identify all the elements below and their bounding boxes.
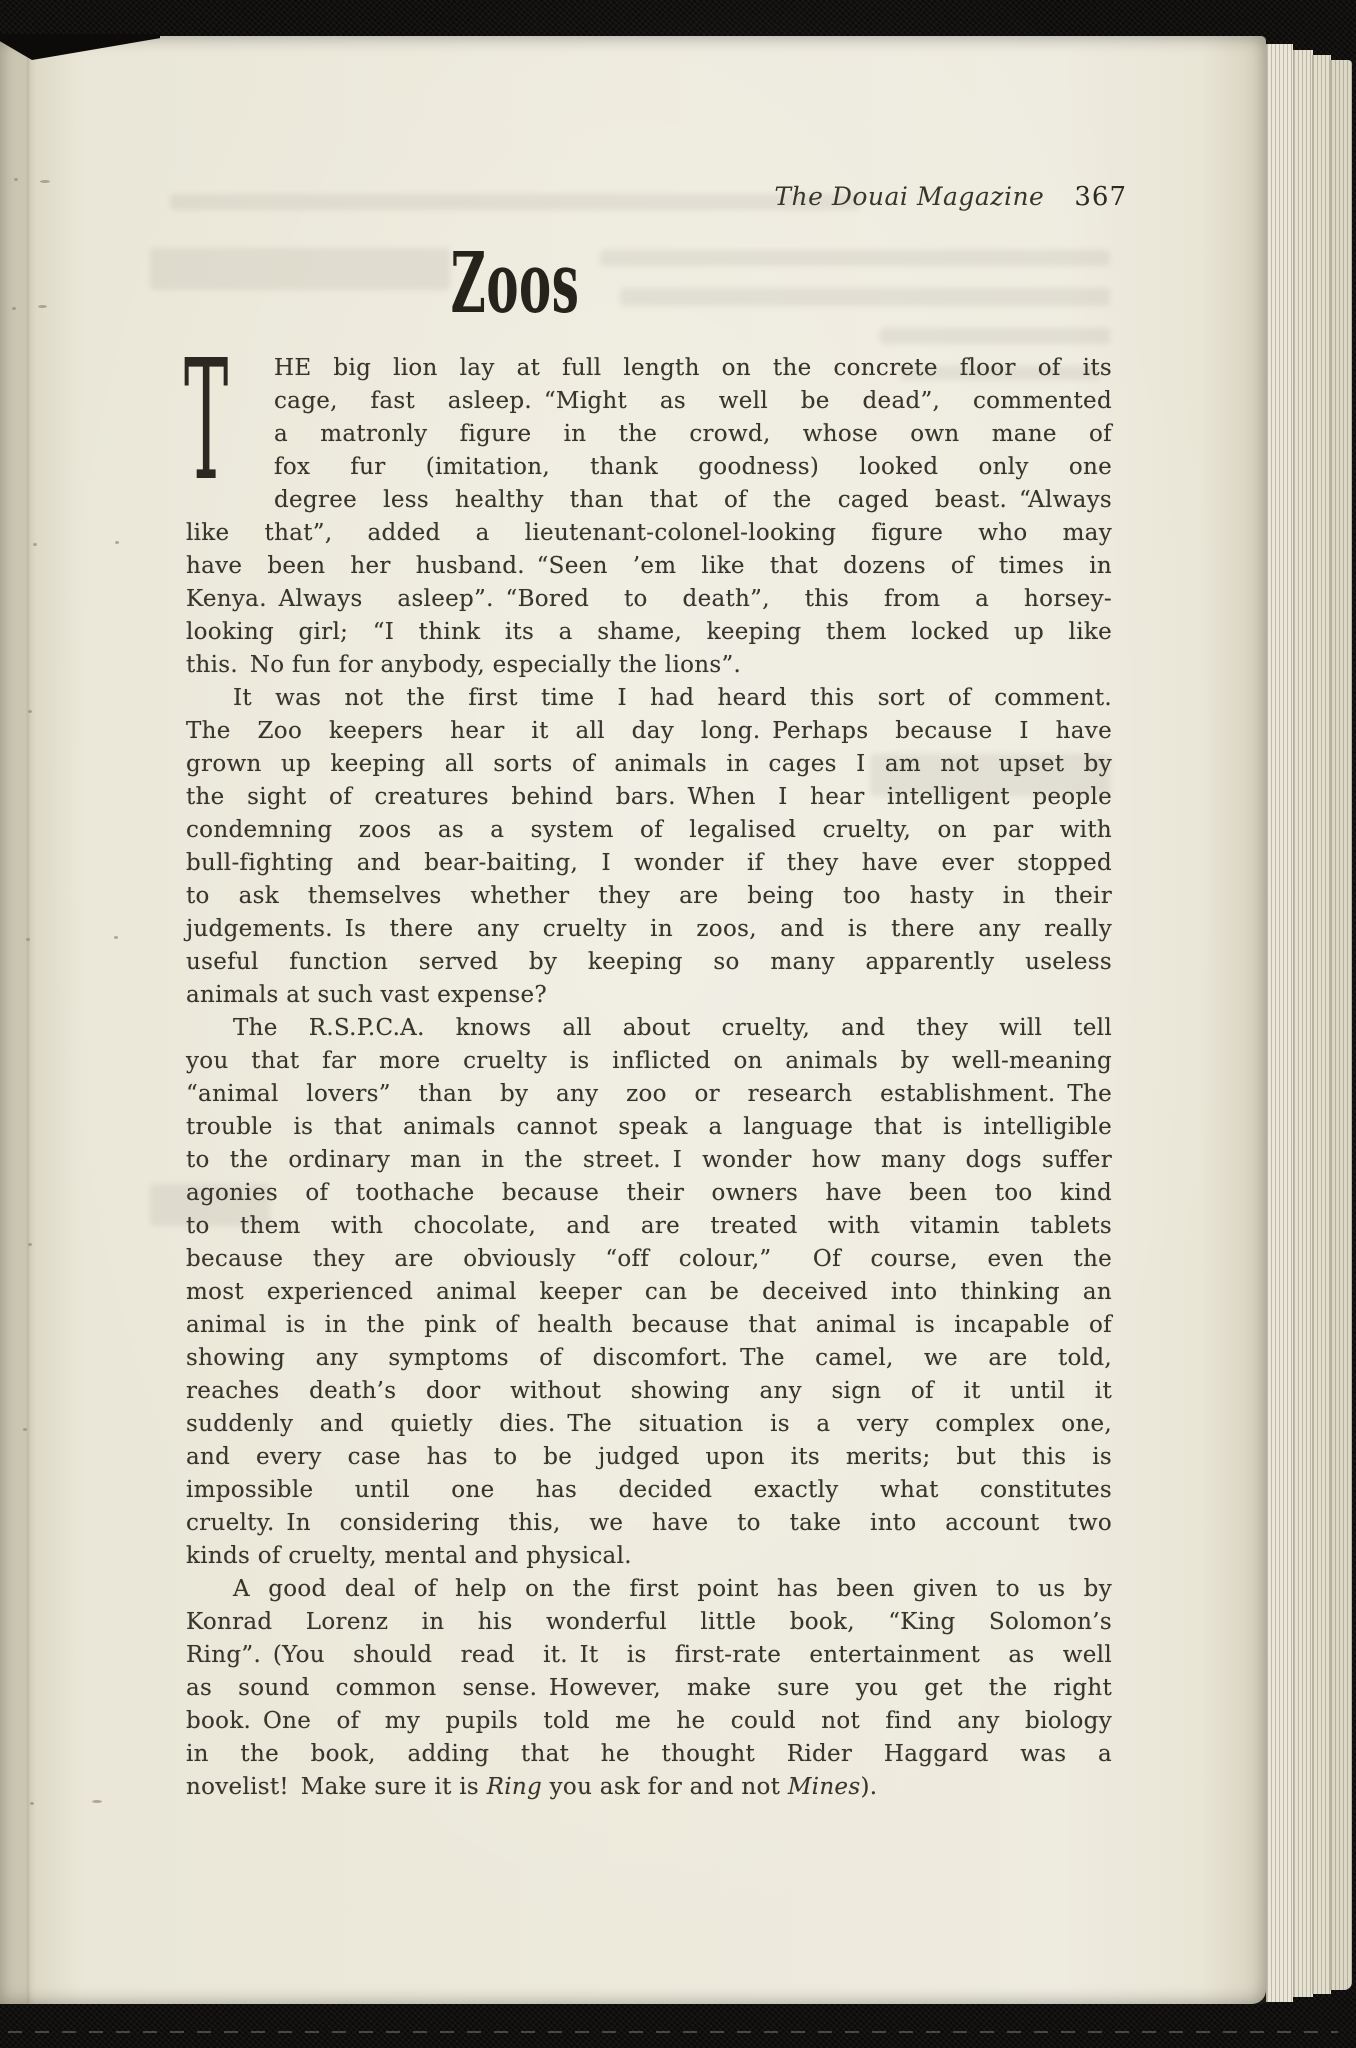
show-through-mark	[150, 248, 450, 290]
binding-stitch-speck	[28, 710, 32, 713]
binding-stitch-speck	[114, 936, 118, 939]
text-line: cruelty. In considering this, we have to…	[186, 1507, 1112, 1540]
text-line: kinds of cruelty, mental and physical.	[186, 1540, 1112, 1573]
show-through-mark	[880, 328, 1110, 344]
show-through-mark	[620, 288, 1110, 306]
text-line: suddenly and quietly dies. The situation…	[186, 1408, 1112, 1441]
text-line: book. One of my pupils told me he could …	[186, 1705, 1112, 1738]
text-line: HE big lion lay at full length on the co…	[186, 352, 1112, 385]
text-line: grown up keeping all sorts of animals in…	[186, 748, 1112, 781]
text-line: bull-fighting and bear-baiting, I wonder…	[186, 847, 1112, 880]
text-line: degree less healthy than that of the cag…	[186, 484, 1112, 517]
gutter-shadow	[0, 36, 78, 2004]
text-line: impossible until one has decided exactly…	[186, 1474, 1112, 1507]
binding-stitch-speck	[14, 178, 18, 181]
text-line: Ring”. (You should read it. It is first-…	[186, 1639, 1112, 1672]
magazine-title: The Douai Magazine	[774, 182, 1044, 211]
text-line: because they are obviously “off colour,”…	[186, 1243, 1112, 1276]
text-line: have been her husband. “Seen ’em like th…	[186, 550, 1112, 583]
fore-edge-page-stack	[1312, 55, 1331, 1994]
fore-edge-page-stack	[1330, 60, 1352, 1990]
text-line: and every case has to be judged upon its…	[186, 1441, 1112, 1474]
fore-edge-shadow	[1202, 36, 1266, 2004]
fore-edge-page-stack	[1293, 50, 1313, 1997]
text-line: judgements. Is there any cruelty in zoos…	[186, 913, 1112, 946]
text-line: to them with chocolate, and are treated …	[186, 1210, 1112, 1243]
text-line: The R.S.P.C.A. knows all about cruelty, …	[186, 1012, 1112, 1045]
text-line: trouble is that animals cannot speak a l…	[186, 1111, 1112, 1144]
binding-stitch-speck	[38, 305, 47, 308]
text-line: The Zoo keepers hear it all day long. Pe…	[186, 715, 1112, 748]
text-line: animals at such vast expense?	[186, 979, 1112, 1012]
text-line: showing any symptoms of discomfort. The …	[186, 1342, 1112, 1375]
text-line: a matronly figure in the crowd, whose ow…	[186, 418, 1112, 451]
text-line: in the book, adding that he thought Ride…	[186, 1738, 1112, 1771]
text-line: condemning zoos as a system of legalised…	[186, 814, 1112, 847]
binding-stitch-speck	[92, 1800, 102, 1803]
book-page: The Douai Magazine367 Zoos T HE big lion…	[0, 36, 1266, 2004]
article-body: HE big lion lay at full length on the co…	[186, 352, 1112, 1804]
binding-stitch-speck	[30, 1802, 34, 1805]
gutter-crease	[27, 36, 29, 2004]
text-line: fox fur (imitation, thank goodness) look…	[186, 451, 1112, 484]
scanned-book-photo: The Douai Magazine367 Zoos T HE big lion…	[0, 0, 1356, 2048]
binding-stitch-speck	[23, 1428, 27, 1431]
fore-edge-page-stack	[1266, 44, 1293, 2002]
text-line: animal is in the pink of health because …	[186, 1309, 1112, 1342]
text-line: looking girl; “I think its a shame, keep…	[186, 616, 1112, 649]
text-line: most experienced animal keeper can be de…	[186, 1276, 1112, 1309]
article-title: Zoos	[451, 242, 580, 325]
text-line: to the ordinary man in the street. I won…	[186, 1144, 1112, 1177]
binding-stitch-speck	[115, 541, 119, 544]
binding-stitch-speck	[12, 307, 16, 310]
text-line: cage, fast asleep. “Might as well be dea…	[186, 385, 1112, 418]
text-line: A good deal of help on the first point h…	[186, 1573, 1112, 1606]
text-line: agonies of toothache because their owner…	[186, 1177, 1112, 1210]
binding-stitch-speck	[26, 938, 30, 941]
text-line: the sight of creatures behind bars. When…	[186, 781, 1112, 814]
show-through-mark	[600, 250, 1110, 266]
text-line: you that far more cruelty is inflicted o…	[186, 1045, 1112, 1078]
text-line: like that”, added a lieutenant-colonel-l…	[186, 517, 1112, 550]
text-line: to ask themselves whether they are being…	[186, 880, 1112, 913]
page-number: 367	[1074, 182, 1127, 212]
text-line: as sound common sense. However, make sur…	[186, 1672, 1112, 1705]
text-line: novelist! Make sure it is Ring you ask f…	[186, 1771, 1112, 1804]
binding-stitch-speck	[28, 1243, 32, 1246]
text-line: useful function served by keeping so man…	[186, 946, 1112, 979]
text-line: It was not the first time I had heard th…	[186, 682, 1112, 715]
binding-stitch-speck	[40, 180, 50, 183]
text-line: Kenya. Always asleep”. “Bored to death”,…	[186, 583, 1112, 616]
text-line: reaches death’s door without showing any…	[186, 1375, 1112, 1408]
text-line: Konrad Lorenz in his wonderful little bo…	[186, 1606, 1112, 1639]
text-line: this. No fun for anybody, especially the…	[186, 649, 1112, 682]
text-line: “animal lovers” than by any zoo or resea…	[186, 1078, 1112, 1111]
binding-stitch-speck	[33, 543, 37, 546]
cover-stitch-line	[8, 2031, 1338, 2033]
running-header: The Douai Magazine367	[186, 182, 1127, 212]
